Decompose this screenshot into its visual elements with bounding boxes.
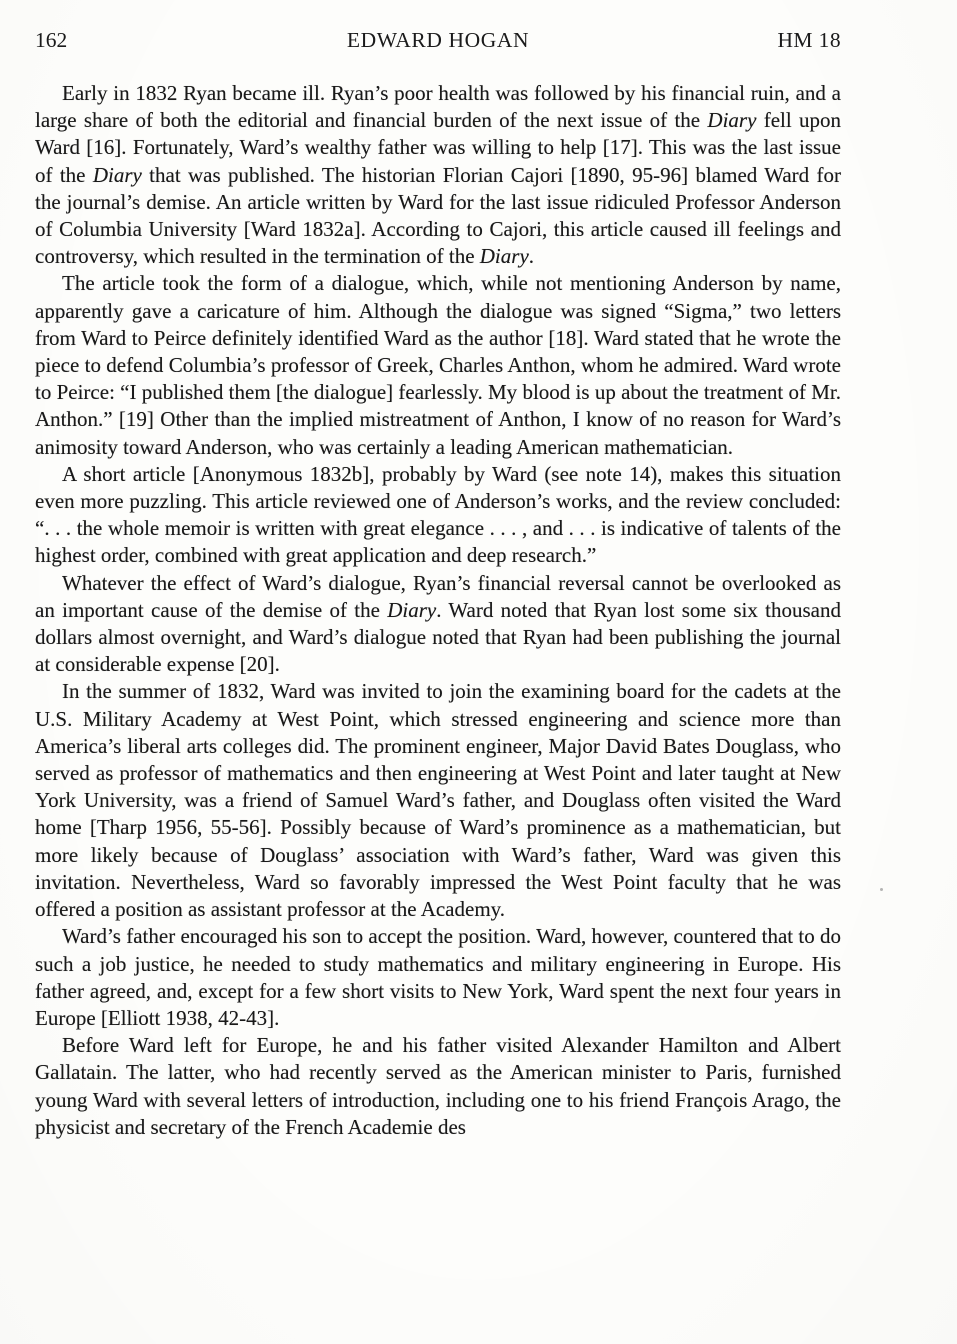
paragraph-5: In the summer of 1832, Ward was invited … xyxy=(35,678,841,923)
text-run: . xyxy=(529,244,534,268)
article-body: Early in 1832 Ryan became ill. Ryan’s po… xyxy=(35,80,841,1141)
italic-text-run: Diary xyxy=(93,163,142,187)
paragraph-2: The article took the form of a dialogue,… xyxy=(35,270,841,460)
paragraph-7: Before Ward left for Europe, he and his … xyxy=(35,1032,841,1141)
italic-text-run: Diary xyxy=(480,244,529,268)
running-head-author: EDWARD HOGAN xyxy=(237,28,640,52)
text-run: In the summer of 1832, Ward was invited … xyxy=(35,679,841,921)
paragraph-4: Whatever the effect of Ward’s dialogue, … xyxy=(35,570,841,679)
paragraph-3: A short article [Anonymous 1832b], proba… xyxy=(35,461,841,570)
text-run: The article took the form of a dialogue,… xyxy=(35,271,841,458)
journal-volume-mark: HM 18 xyxy=(640,28,842,52)
scan-speck-artifact xyxy=(880,888,883,891)
italic-text-run: Diary xyxy=(387,598,436,622)
italic-text-run: Diary xyxy=(707,108,756,132)
text-run: Ward’s father encouraged his son to acce… xyxy=(35,924,841,1030)
page-number: 162 xyxy=(35,28,237,52)
running-header: 162 EDWARD HOGAN HM 18 xyxy=(35,28,841,52)
text-run: Before Ward left for Europe, he and his … xyxy=(35,1033,841,1139)
paragraph-6: Ward’s father encouraged his son to acce… xyxy=(35,923,841,1032)
text-run: A short article [Anonymous 1832b], proba… xyxy=(35,462,841,568)
text-run: that was published. The historian Floria… xyxy=(35,163,841,269)
paragraph-1: Early in 1832 Ryan became ill. Ryan’s po… xyxy=(35,80,841,270)
scanned-paper-page: 162 EDWARD HOGAN HM 18 Early in 1832 Rya… xyxy=(0,0,957,1344)
